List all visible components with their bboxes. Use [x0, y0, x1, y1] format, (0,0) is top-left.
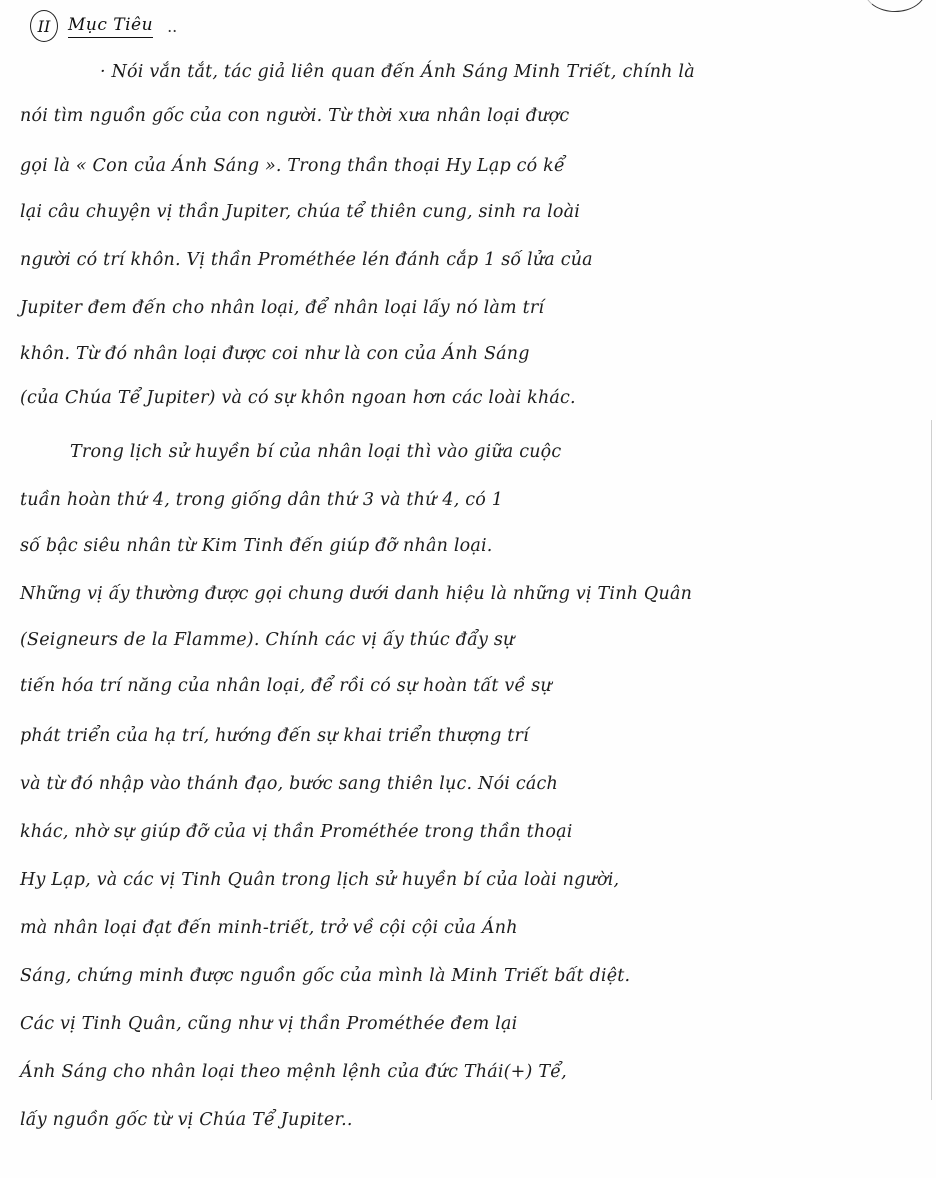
text-line: mà nhân loại đạt đến minh-triết, trở về … — [20, 908, 928, 948]
text-line: tuần hoàn thứ 4, trong giống dân thứ 3 v… — [20, 480, 928, 520]
text-line: người có trí khôn. Vị thần Prométhée lén… — [20, 240, 928, 280]
section-number: II — [38, 17, 51, 36]
text-line: số bậc siêu nhân từ Kim Tinh đến giúp đỡ… — [20, 526, 928, 566]
title-trailing-dots: .. — [167, 17, 177, 36]
text-line: Sáng, chứng minh được nguồn gốc của mình… — [20, 956, 928, 996]
text-line: Các vị Tinh Quân, cũng như vị thần Promé… — [20, 1004, 928, 1044]
text-line: (Seigneurs de la Flamme). Chính các vị ấ… — [20, 620, 928, 660]
text-line: phát triển của hạ trí, hướng đến sự khai… — [20, 716, 928, 756]
text-line: Jupiter đem đến cho nhân loại, để nhân l… — [20, 288, 928, 328]
text-line: khác, nhờ sự giúp đỡ của vị thần Prométh… — [20, 812, 928, 852]
text-line: gọi là « Con của Ánh Sáng ». Trong thần … — [20, 146, 928, 186]
handwritten-page: II Mục Tiêu .. · Nói vắn tắt, tác giả li… — [0, 0, 936, 1178]
text-line: · Nói vắn tắt, tác giả liên quan đến Ánh… — [100, 52, 928, 92]
text-line: Ánh Sáng cho nhân loại theo mệnh lệnh củ… — [20, 1052, 928, 1092]
section-number-circle: II — [30, 10, 58, 42]
section-heading: II Mục Tiêu .. — [30, 10, 177, 42]
text-line: Trong lịch sử huyền bí của nhân loại thì… — [70, 432, 928, 472]
text-line: nói tìm nguồn gốc của con người. Từ thời… — [20, 96, 928, 136]
text-line: và từ đó nhập vào thánh đạo, bước sang t… — [20, 764, 928, 804]
text-line: Những vị ấy thường được gọi chung dưới d… — [20, 574, 928, 614]
scan-edge-line — [931, 420, 932, 1100]
corner-circle-mark — [864, 0, 926, 12]
text-line: lấy nguồn gốc từ vị Chúa Tể Jupiter.. — [20, 1100, 928, 1140]
text-line: Hy Lạp, và các vị Tinh Quân trong lịch s… — [20, 860, 928, 900]
section-title: Mục Tiêu — [68, 15, 153, 38]
text-line: (của Chúa Tể Jupiter) và có sự khôn ngoa… — [20, 378, 928, 418]
text-line: lại câu chuyện vị thần Jupiter, chúa tể … — [20, 192, 928, 232]
text-line: tiến hóa trí năng của nhân loại, để rồi … — [20, 666, 928, 706]
text-line: khôn. Từ đó nhân loại được coi như là co… — [20, 334, 928, 374]
